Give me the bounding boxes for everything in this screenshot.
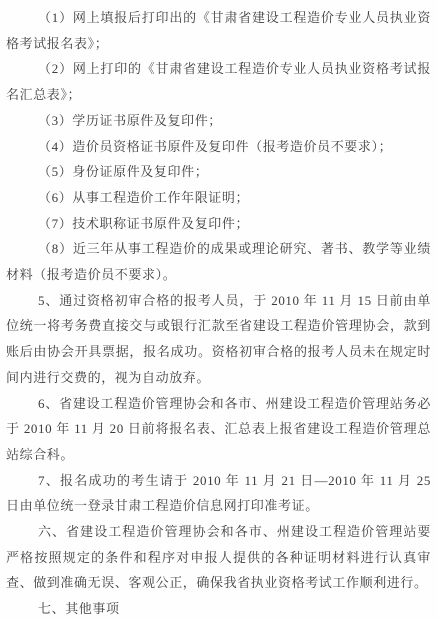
clause-5: 5、通过资格初审合格的报考人员，于 2010 年 11 月 15 日前由单位统一…: [6, 288, 431, 391]
attachment-item-8: （8）近三年从事工程造价的成果或理论研究、著书、教学等业绩材料（报考造价员不要求…: [6, 236, 431, 287]
attachment-item-3: （3）学历证书原件及复印件；: [6, 108, 431, 134]
section-7-heading: 七、其他事项: [6, 596, 431, 620]
attachment-item-2: （2）网上打印的《甘肃省建设工程造价专业人员执业资格考试报名汇总表》；: [6, 56, 431, 107]
attachment-item-6: （6）从事工程造价工作年限证明；: [6, 185, 431, 211]
attachment-item-4: （4）造价员资格证书原件及复印件（报考造价员不要求）；: [6, 134, 431, 160]
clause-6: 6、省建设工程造价管理协会和各市、州建设工程造价管理站务必于 2010 年 11…: [6, 391, 431, 468]
document-page: （1）网上填报后打印出的《甘肃省建设工程造价专业人员执业资格考试报名表》； （2…: [0, 0, 438, 620]
attachment-item-7: （7）技术职称证书原件及复印件；: [6, 211, 431, 237]
section-6-paragraph: 六、省建设工程造价管理协会和各市、州建设工程造价管理站要严格按照规定的条件和程序…: [6, 519, 431, 596]
attachment-item-1: （1）网上填报后打印出的《甘肃省建设工程造价专业人员执业资格考试报名表》；: [6, 5, 431, 56]
attachment-item-5: （5）身份证原件及复印件；: [6, 159, 431, 185]
clause-7: 7、报名成功的考生请于 2010 年 11 月 21 日—2010 年 11 月…: [6, 468, 431, 519]
